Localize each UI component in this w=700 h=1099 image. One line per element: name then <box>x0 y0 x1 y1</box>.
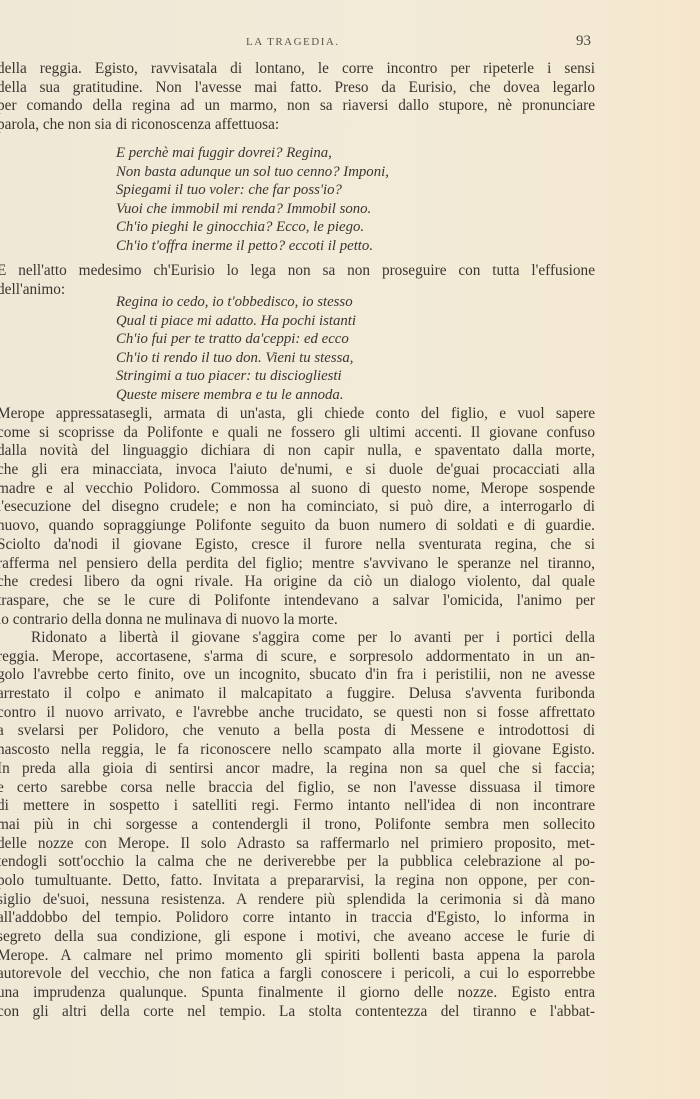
text-line: Merope appressatasegli, armata di un'ast… <box>0 405 595 424</box>
text-line: arrestato il colpo e animato il malcapit… <box>0 685 595 704</box>
text-line: segreto della sua condizione, gli espone… <box>0 928 595 947</box>
text-line: delle nozze con Merope. Il solo Adrasto … <box>0 835 595 854</box>
verse-line: Stringimi a tuo piacer: tu disciogliesti <box>116 367 356 386</box>
verse-line: Non basta adunque un sol tuo cenno? Impo… <box>116 163 389 182</box>
text-line: una imprudenza qualunque. Spunta finalme… <box>0 984 595 1003</box>
verse-line: Ch'io ti rendo il tuo don. Vieni tu stes… <box>116 349 356 368</box>
text-line: e certo sarebbe corsa nelle braccia del … <box>0 779 595 798</box>
paragraph-4: Ridonato a libertà il giovane s'aggira c… <box>0 629 595 1021</box>
text-line: tendogli sott'occhio la calma che ne der… <box>0 853 595 872</box>
text-line: E nell'atto medesimo ch'Eurisio lo lega … <box>0 262 595 281</box>
text-line: di mettere in sospetto i satelliti regi.… <box>0 797 595 816</box>
text-line: che credesi libero da ogni rivale. Ha or… <box>0 573 595 592</box>
text-line: l'esecuzione del disegno crudele; e non … <box>0 498 595 517</box>
text-line: polo tumultuante. Detto, fatto. Invitata… <box>0 872 595 891</box>
book-page: LA TRAGEDIA. 93 della reggia. Egisto, ra… <box>0 0 700 1099</box>
text-line: rafferma nel pensiero della perdita del … <box>0 555 595 574</box>
text-line: della sua gratitudine. Non l'avesse mai … <box>0 79 595 98</box>
text-line: golo l'avrebbe certo finito, ove un inco… <box>0 666 595 685</box>
verse-line: Ch'io fui per te tratto da'ceppi: ed ecc… <box>116 330 356 349</box>
running-head: LA TRAGEDIA. 93 <box>0 36 700 56</box>
text-line: della reggia. Egisto, ravvisatala di lon… <box>0 60 595 79</box>
text-line: nascosto nella reggia, le fa riconoscere… <box>0 741 595 760</box>
text-line: autorevole del vecchio, che non fatica a… <box>0 965 595 984</box>
text-line: all'addobbo del tempio. Polidoro corre i… <box>0 909 595 928</box>
verse-line: Qual ti piace mi adatto. Ha pochi istant… <box>116 312 356 331</box>
text-line: Sciolto da'nodi il giovane Egisto, cresc… <box>0 536 595 555</box>
text-line: traspare, che se le cure di Polifonte in… <box>0 592 595 611</box>
page-number: 93 <box>576 33 591 50</box>
text-line: come si scoprisse da Polifonte e quali n… <box>0 424 595 443</box>
text-line: parola, che non sia di riconoscenza affe… <box>0 116 595 135</box>
text-line: nuovo, quando sopraggiunge Polifonte seg… <box>0 517 595 536</box>
text-line: che gli era minacciata, invoca l'aiuto d… <box>0 461 595 480</box>
paragraph-1: della reggia. Egisto, ravvisatala di lon… <box>0 60 595 135</box>
verse-line: Vuoi che immobil mi renda? Immobil sono. <box>116 200 389 219</box>
verse-quote-2: Regina io cedo, io t'obbedisco, io stess… <box>116 293 356 405</box>
text-line: a svelarsi per Polidoro, che venuto a be… <box>0 722 595 741</box>
verse-line: Spiegami il tuo voler: che far poss'io? <box>116 181 389 200</box>
text-line: dalla novità del linguaggio dichiara di … <box>0 442 595 461</box>
text-line: con gli altri della corte nel tempio. La… <box>0 1003 595 1022</box>
verse-line: Regina io cedo, io t'obbedisco, io stess… <box>116 293 356 312</box>
text-line: contro il nuovo arrivato, e l'avrebbe an… <box>0 704 595 723</box>
verse-quote-1: E perchè mai fuggir dovrei? Regina, Non … <box>116 144 389 256</box>
verse-line: Ch'io t'offra inerme il petto? eccoti il… <box>116 237 389 256</box>
paragraph-3: Merope appressatasegli, armata di un'ast… <box>0 405 595 629</box>
text-line: Ridonato a libertà il giovane s'aggira c… <box>0 629 595 648</box>
verse-line: E perchè mai fuggir dovrei? Regina, <box>116 144 389 163</box>
text-line: Merope. A calmare nel primo momento gli … <box>0 947 595 966</box>
text-line: lo contrario della donna ne mulinava di … <box>0 611 595 630</box>
text-line: per comando della regina ad un marmo, no… <box>0 97 595 116</box>
verse-line: Ch'io pieghi le ginocchia? Ecco, le pieg… <box>116 218 389 237</box>
text-line: mai più in chi sorgesse a contendergli i… <box>0 816 595 835</box>
running-title: LA TRAGEDIA. <box>246 36 340 48</box>
text-line: In preda alla gioia di sentirsi ancor ma… <box>0 760 595 779</box>
text-line: madre e al vecchio Polidoro. Commossa al… <box>0 480 595 499</box>
text-line: siglio de'suoi, nessuna resistenza. A re… <box>0 891 595 910</box>
verse-line: Queste misere membra e tu le annoda. <box>116 386 356 405</box>
text-line: reggia. Merope, accortasene, s'arma di s… <box>0 648 595 667</box>
